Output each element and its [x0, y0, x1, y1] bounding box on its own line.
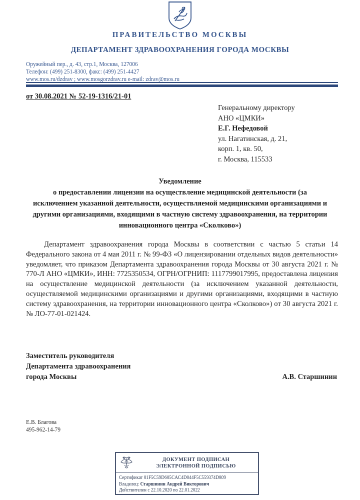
stamp-header: ДОКУМЕНТ ПОДПИСАН ЭЛЕКТРОННОЙ ПОДПИСЬЮ	[116, 453, 258, 473]
department-title: ДЕПАРТАМЕНТ ЗДРАВООХРАНЕНИЯ ГОРОДА МОСКВ…	[0, 46, 360, 55]
moscow-coat-of-arms-icon	[167, 1, 193, 33]
executor-block: Е.В. Благова 495-962-14-79	[26, 419, 61, 434]
executor-name: Е.В. Благова	[26, 419, 61, 426]
government-title: ПРАВИТЕЛЬСТВО МОСКВЫ	[0, 31, 360, 40]
letterhead-contact-block: Оружейный пер., д. 43, стр.1, Москва, 12…	[26, 61, 179, 84]
letter-body: Департамент здравоохранения города Москв…	[26, 240, 338, 319]
signer-name: А.В. Старшинин	[282, 372, 337, 383]
reference-number: от 30.08.2021 № 52-19-1316/21-01	[26, 93, 131, 102]
recipient-city: г. Москва, 115533	[218, 154, 295, 164]
recipient-street: ул. Нагатинская, д. 21,	[218, 134, 295, 144]
notice-subtitle: о предоставлении лицензии на осуществлен…	[33, 189, 327, 230]
recipient-block: Генеральному директору АНО «ЦМКИ» Е.Г. Н…	[218, 103, 295, 165]
recipient-building: корп. 1, кв. 50,	[218, 144, 295, 154]
russia-double-headed-eagle-icon	[119, 455, 134, 471]
notice-heading: Уведомление	[159, 178, 202, 186]
stamp-title-line2: ЭЛЕКТРОННОЙ ПОДПИСЬЮ	[156, 463, 236, 469]
recipient-position: Генеральному директору	[218, 103, 295, 113]
letterhead-phone: Телефон: (499) 251-8300, факс: (499) 251…	[26, 69, 179, 77]
letterhead-address: Оружейный пер., д. 43, стр.1, Москва, 12…	[26, 61, 179, 69]
recipient-organization: АНО «ЦМКИ»	[218, 113, 295, 123]
stamp-owner-label: Владелец:	[119, 482, 139, 487]
notice-title: Уведомление о предоставлении лицензии на…	[30, 176, 330, 231]
stamp-title-line1: ДОКУМЕНТ ПОДПИСАН	[162, 457, 229, 463]
stamp-details: Сертификат 01F5C59D605CAC4D044F5C559374D…	[116, 473, 258, 494]
executor-phone: 495-962-14-79	[26, 426, 61, 433]
letterhead-divider	[26, 82, 338, 87]
signer-position-line2: Департамента здравоохранения	[26, 362, 337, 373]
signature-block: Заместитель руководителя Департамента зд…	[26, 351, 337, 383]
scanned-letter-page: ПРАВИТЕЛЬСТВО МОСКВЫ ДЕПАРТАМЕНТ ЗДРАВОО…	[0, 0, 360, 500]
signer-position-line1: Заместитель руководителя	[26, 351, 337, 362]
recipient-name: Е.Г. Нефедовой	[218, 124, 295, 134]
stamp-title: ДОКУМЕНТ ПОДПИСАН ЭЛЕКТРОННОЙ ПОДПИСЬЮ	[137, 456, 255, 469]
stamp-validity: Действителен с 22.10.2020 по 22.01.2022	[119, 488, 255, 494]
stamp-owner-name: Старшинин Андрей Викторович	[140, 482, 209, 487]
electronic-signature-stamp: ДОКУМЕНТ ПОДПИСАН ЭЛЕКТРОННОЙ ПОДПИСЬЮ С…	[115, 452, 259, 495]
